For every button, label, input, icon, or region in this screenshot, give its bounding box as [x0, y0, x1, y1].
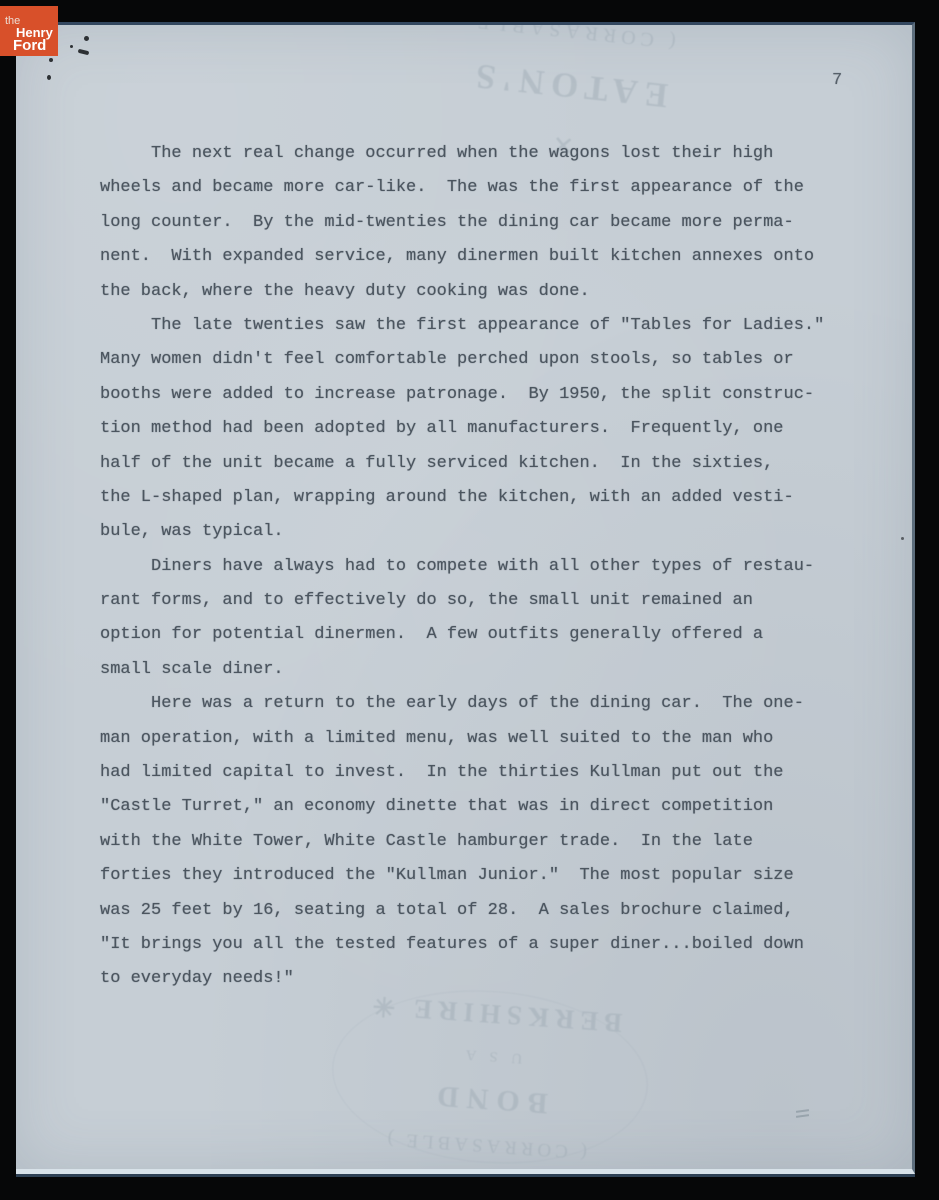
text-line: half of the unit became a fully serviced… — [100, 447, 880, 481]
pencil-smudge-mark — [796, 1110, 810, 1118]
page-number: 7 — [832, 71, 842, 90]
watermark-eatons-text: EATON'S — [467, 55, 670, 116]
text-line: long counter. By the mid-twenties the di… — [100, 206, 880, 240]
text-line: rant forms, and to effectively do so, th… — [100, 584, 880, 618]
typed-text-block: The next real change occurred when the w… — [100, 137, 880, 997]
henry-ford-logo: the Henry Ford — [0, 6, 58, 56]
text-line: the back, where the heavy duty cooking w… — [100, 275, 880, 309]
text-line: "Castle Turret," an economy dinette that… — [100, 790, 880, 824]
text-line: was 25 feet by 16, seating a total of 28… — [100, 894, 880, 928]
text-line: "It brings you all the tested features o… — [100, 928, 880, 962]
watermark-corrasable-arc: ( CORRASABLE ) — [383, 1127, 588, 1163]
scan-speck — [84, 36, 89, 41]
text-line: wheels and became more car-like. The was… — [100, 171, 880, 205]
text-line: Many women didn't feel comfortable perch… — [100, 343, 880, 377]
text-line: option for potential dinermen. A few out… — [100, 618, 880, 652]
text-line: with the White Tower, White Castle hambu… — [100, 825, 880, 859]
text-line: the L-shaped plan, wrapping around the k… — [100, 481, 880, 515]
text-line: booths were added to increase patronage.… — [100, 378, 880, 412]
text-line: man operation, with a limited menu, was … — [100, 722, 880, 756]
text-line: The next real change occurred when the w… — [100, 137, 880, 171]
scan-speck — [901, 537, 904, 540]
text-line: had limited capital to invest. In the th… — [100, 756, 880, 790]
text-line: The late twenties saw the first appearan… — [100, 309, 880, 343]
scan-speck — [49, 58, 53, 62]
watermark-bond-text: BOND — [428, 1078, 549, 1120]
watermark-usa-text: U S A — [460, 1045, 523, 1066]
watermark-corrasable-text: ( CORRASABLE — [472, 22, 677, 53]
text-line: nent. With expanded service, many dinerm… — [100, 240, 880, 274]
paper-sheet: ✕ EATON'S ( CORRASABLE 7 The next real c… — [16, 22, 915, 1174]
scan-speck — [70, 45, 73, 48]
watermark-berkshire: ( CORRASABLE ) BOND U S A BERKSHIRE ✳ — [326, 980, 653, 1174]
text-line: small scale diner. — [100, 653, 880, 687]
text-line: bule, was typical. — [100, 515, 880, 549]
scanned-document-image: ✕ EATON'S ( CORRASABLE 7 The next real c… — [0, 0, 939, 1200]
text-line: to everyday needs!" — [100, 962, 880, 996]
text-line: tion method had been adopted by all manu… — [100, 412, 880, 446]
scan-speck — [47, 75, 51, 80]
text-line: Here was a return to the early days of t… — [100, 687, 880, 721]
logo-ford-text: Ford — [13, 37, 46, 54]
text-line: Diners have always had to compete with a… — [100, 550, 880, 584]
text-line: forties they introduced the "Kullman Jun… — [100, 859, 880, 893]
